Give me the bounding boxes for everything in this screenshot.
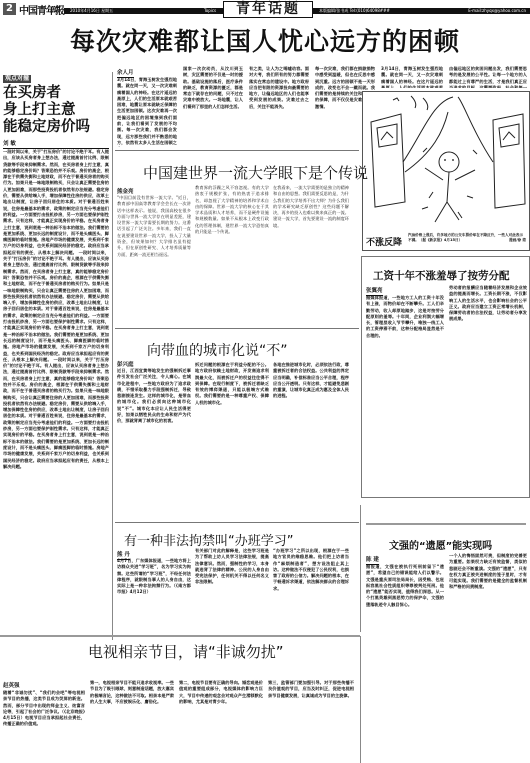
section-divider <box>366 523 526 525</box>
editor-line: 本版编辑/张书成 Tel:(010)64098### <box>319 8 390 14</box>
article-title-urbanization: 向带血的城市化说“不” <box>147 340 288 360</box>
section-divider <box>115 522 359 523</box>
detention-column: “办班学习”之所以出现，根源在于一些地方官员的维稳思维。他们把上访者当作“麻烦制… <box>273 548 349 632</box>
column-divider <box>360 505 361 632</box>
urbanization-column: 拆迁问题的根源在于利益分配的不公。地方政府依赖土地财政，开发商追求利润最大化，而… <box>195 362 269 518</box>
decorative-slashes: ///// <box>50 5 60 14</box>
urbanization-byline: 彭兴庭 <box>117 360 134 368</box>
cartoon-title: 不涨反降 <box>366 235 402 248</box>
sidebar-title-line: 身上打主意 <box>3 102 111 119</box>
detention-column: 4月7日，广东媒体报道，一些地方将上访群众关进“学习班”，名为学习实为拘禁。这些… <box>117 558 191 632</box>
section-divider <box>0 635 360 637</box>
main-headline: 每次灾难都让国人忧心远方的困顿 <box>70 22 510 58</box>
main-story-column: 3月14日，青海玉树发生强烈地震。就在同一天，又一次灾难刺痛着国人的神经。在这片… <box>117 77 177 147</box>
detention-column: 有关部门对此的解释是，这些学习班是为了帮助上访人员学习法律法规，提高法律意识。然… <box>195 548 269 632</box>
tvdating-column: 第一，电视相亲节目不能只追求收视率。一些节目为了吸引眼球，刻意制造话题，放大嘉宾… <box>90 680 174 760</box>
tvdating-column: 第三，监管部门要加强引导。对于那些传播不良价值观的节目，应当及时纠正，促进电视相… <box>268 680 354 760</box>
wish-column: 一个人的悔悟固然可贵，但制度的完善更为重要。如果权力缺乏有效监督，类似的悲剧还会… <box>449 553 527 759</box>
main-story-column: 有之类，让人为之唏嘘动容。面对大考，我们所有的努力都需要落实在常态的建设中。地方… <box>249 66 309 147</box>
cartoon-illustration-icon <box>363 92 530 232</box>
tvdating-column: 第二，电视节目要有正确的导向。婚恋观是价值观的重要组成部分，电视媒体的影响力巨大… <box>179 680 263 760</box>
section-divider <box>115 328 359 329</box>
article-title-wage: 工资十年不涨羞辱了按劳分配 <box>373 268 510 283</box>
wage-column: 据媒体报道，一些地方工人的工资十年没有上涨，而物价却在不断攀升。工人们辛勤劳动，… <box>366 295 444 493</box>
tvdating-byline: 赵英强 <box>3 681 20 689</box>
university-column: 在我看来，一流大学需要的是独立的精神和自由的思想。我们需要反思的是，为什么我们的… <box>273 185 349 325</box>
wish-column: 据报道，文强在被执行死刑前留下“遗愿”，希望自己的错误能给人们以警示。文强是重庆… <box>366 564 444 759</box>
sidebar-title-line: 在买房者 <box>3 85 111 102</box>
article-title-tvdating: 电视相亲节目，请“非诚勿扰” <box>88 641 284 662</box>
email-line: E-mail:zhyqx@yahoo.com.cn <box>468 8 526 14</box>
topics-label: Topics <box>204 8 216 14</box>
wage-column: 劳动者的报酬应当随着经济发展和企业效益的提高而增长。工资长期不涨，不仅影响工人的… <box>449 285 527 493</box>
cartoon-caption: 汽油价格上涨后，许多地方的公交车票价却在不降反升，一些人对此表示不满。（据《新京… <box>408 233 526 243</box>
sidebar-byline: 刘 敏 <box>3 139 109 149</box>
tvdating-column: 随着“非诚勿扰”、“我们约会吧”等电视相亲节目的热播，这类节目成为荧屏的新宠。然… <box>3 690 85 760</box>
university-column: 教育界的浮躁之风不容忽视。有的大学热衷于规模扩张，有的热衷于追求排名，却忽视了大… <box>195 185 269 325</box>
sidebar-tag: 观点对撞 <box>3 75 31 83</box>
editorial-cartoon <box>362 91 530 251</box>
sidebar-body: 一段时间以来，关于"打压房价"的讨论不绝于耳。有人提出，应该从买房者身上想办法，… <box>3 149 109 757</box>
section-divider <box>115 150 359 151</box>
date-line: 2010年4月16日 星期五 <box>70 8 113 14</box>
article-title-wish: 文强的“遗愿”能实现吗 <box>389 537 492 552</box>
sidebar-title: 在买房者 身上打主意 能稳定房价吗 <box>3 85 111 136</box>
main-story-column: 3月14日，青海玉树发生强烈地震。就在同一天，又一次灾难刺痛着国人的神经。在这片… <box>381 66 443 88</box>
article-title-university: 中国建世界一流大学眼下是个传说 <box>143 162 368 183</box>
cartoon-credit: 漫画/徐 简 <box>509 238 526 243</box>
urbanization-column: 近日，江西宜黄等地发生的强制拆迁事件引发社会广泛关注，令人痛心。在城市化进程中，… <box>117 368 191 518</box>
university-byline: 熊金亮 <box>117 187 134 195</box>
urbanization-column: 各地在推进城市化时，必须依法行政，尊重被拆迁者的合法权益。公共利益的界定应当明确… <box>273 362 349 518</box>
sidebar-title-line: 能稳定房价吗 <box>3 119 111 136</box>
main-story-column: 国家一次次动员，从汶川到玉树，灾区需要的不仅是一时的援助。基础设施的落后，医疗条… <box>183 66 243 147</box>
university-column: "中国目前没有世界一流大学。"近日，教育部中国高等教育学会会长在一次讲话中这样表… <box>117 195 191 325</box>
article-title-detention: 有一种非法拘禁叫“办班学习” <box>124 530 293 549</box>
column-divider <box>112 72 113 640</box>
page-number: 2 <box>3 3 16 15</box>
section-title: 青年话题 <box>223 1 313 18</box>
column-divider <box>360 636 361 763</box>
main-story-column: 由偏远地区的贫困问题出发，我们需要思考的是发展的公平性。让每一个地方的人都能过上… <box>449 66 527 88</box>
